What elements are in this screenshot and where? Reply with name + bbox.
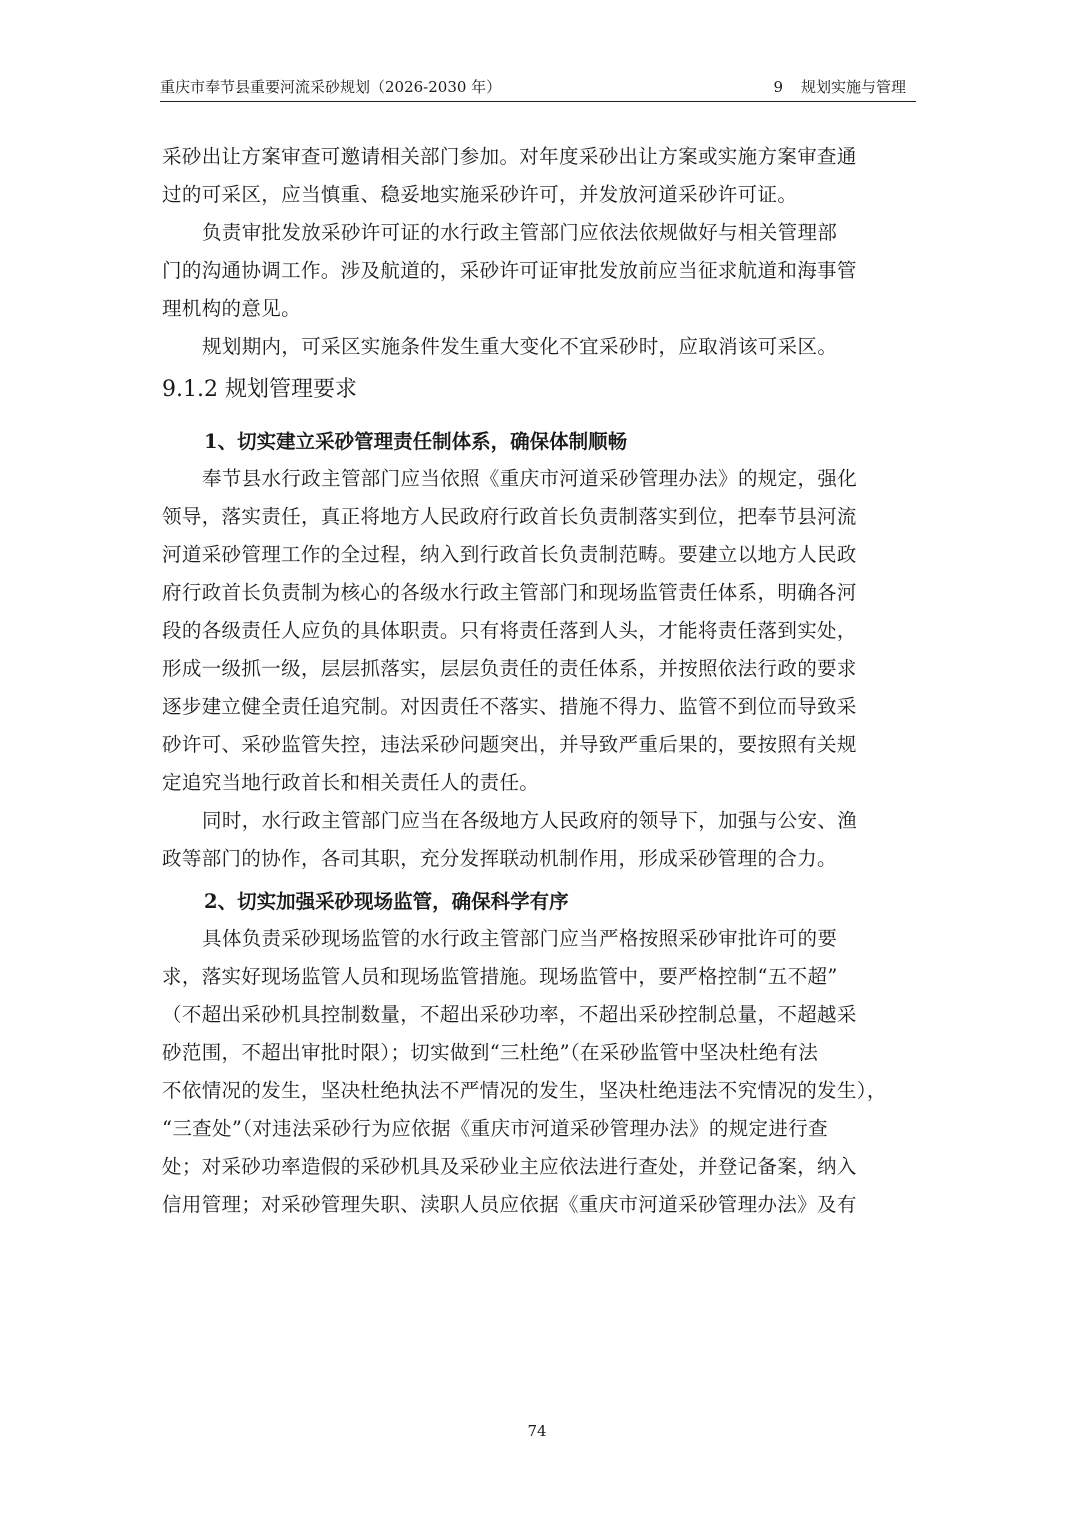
- text-line: 段的各级责任人应负的具体职责。只有将责任落到人头，才能将责任落到实处，: [162, 612, 914, 650]
- text-line: 河道采砂管理工作的全过程，纳入到行政首长负责制范畴。要建立以地方人民政: [162, 536, 914, 574]
- text-line: 府行政首长负责制为核心的各级水行政主管部门和现场监管责任体系，明确各河: [162, 574, 914, 612]
- paragraph-permit-coordination: 负责审批发放采砂许可证的水行政主管部门应依法依规做好与相关管理部 门的沟通协调工…: [162, 214, 914, 328]
- page-header: 重庆市奉节县重要河流采砂规划（2026-2030 年） 9规划实施与管理: [160, 75, 916, 102]
- text-line: 同时，水行政主管部门应当在各级地方人民政府的领导下，加强与公安、渔: [162, 802, 914, 840]
- document-title: 重庆市奉节县重要河流采砂规划（2026-2030 年）: [160, 76, 501, 98]
- text-line: 砂许可、采砂监管失控，违法采砂问题突出，并导致严重后果的，要按照有关规: [162, 726, 914, 764]
- section-title: 9.1.2 规划管理要求: [162, 368, 914, 412]
- text-line: 信用管理；对采砂管理失职、渎职人员应依据《重庆市河道采砂管理办法》及有: [162, 1186, 914, 1224]
- text-line: 规划期内，可采区实施条件发生重大变化不宜采砂时，应取消该可采区。: [162, 328, 914, 366]
- page-body: 采砂出让方案审查可邀请相关部门参加。对年度采砂出让方案或实施方案审查通 过的可采…: [162, 138, 914, 1224]
- text-line: 具体负责采砂现场监管的水行政主管部门应当严格按照采砂审批许可的要: [162, 920, 914, 958]
- text-line: 求，落实好现场监管人员和现场监管措施。现场监管中，要严格控制“五不超”: [162, 958, 914, 996]
- text-line: “三查处”（对违法采砂行为应依据《重庆市河道采砂管理办法》的规定进行查: [162, 1110, 914, 1148]
- text-line: 采砂出让方案审查可邀请相关部门参加。对年度采砂出让方案或实施方案审查通: [162, 138, 914, 176]
- text-line: 过的可采区，应当慎重、稳妥地实施采砂许可，并发放河道采砂许可证。: [162, 176, 914, 214]
- text-line: 定追究当地行政首长和相关责任人的责任。: [162, 764, 914, 802]
- text-line: 形成一级抓一级，层层抓落实，层层负责任的责任体系，并按照依法行政的要求: [162, 650, 914, 688]
- paragraph-approval-review: 采砂出让方案审查可邀请相关部门参加。对年度采砂出让方案或实施方案审查通 过的可采…: [162, 138, 914, 214]
- chapter-title: 规划实施与管理: [801, 78, 906, 96]
- paragraph-onsite-supervision: 具体负责采砂现场监管的水行政主管部门应当严格按照采砂审批许可的要 求，落实好现场…: [162, 920, 914, 1224]
- subheading-responsibility-system: 1、切实建立采砂管理责任制体系，确保体制顺畅: [162, 424, 914, 460]
- paragraph-responsibility: 奉节县水行政主管部门应当依照《重庆市河道采砂管理办法》的规定，强化 领导，落实责…: [162, 460, 914, 802]
- text-line: 政等部门的协作，各司其职，充分发挥联动机制作用，形成采砂管理的合力。: [162, 840, 914, 878]
- text-line: （不超出采砂机具控制数量，不超出采砂功率，不超出采砂控制总量，不超越采: [162, 996, 914, 1034]
- text-line: 奉节县水行政主管部门应当依照《重庆市河道采砂管理办法》的规定，强化: [162, 460, 914, 498]
- text-line: 领导，落实责任，真正将地方人民政府行政首长负责制落实到位，把奉节县河流: [162, 498, 914, 536]
- text-line: 理机构的意见。: [162, 290, 914, 328]
- text-line: 不依情况的发生，坚决杜绝执法不严情况的发生，坚决杜绝违法不究情况的发生），: [162, 1072, 914, 1110]
- paragraph-cancel-area: 规划期内，可采区实施条件发生重大变化不宜采砂时，应取消该可采区。: [162, 328, 914, 366]
- paragraph-cooperation: 同时，水行政主管部门应当在各级地方人民政府的领导下，加强与公安、渔 政等部门的协…: [162, 802, 914, 878]
- text-line: 砂范围，不超出审批时限）；切实做到“三杜绝”（在采砂监管中坚决杜绝有法: [162, 1034, 914, 1072]
- text-line: 逐步建立健全责任追究制。对因责任不落实、措施不得力、监管不到位而导致采: [162, 688, 914, 726]
- text-line: 负责审批发放采砂许可证的水行政主管部门应依法依规做好与相关管理部: [162, 214, 914, 252]
- text-line: 门的沟通协调工作。涉及航道的，采砂许可证审批发放前应当征求航道和海事管: [162, 252, 914, 290]
- text-line: 处；对采砂功率造假的采砂机具及采砂业主应依法进行查处，并登记备案，纳入: [162, 1148, 914, 1186]
- page-number: 74: [0, 1422, 1074, 1440]
- subheading-onsite-supervision: 2、切实加强采砂现场监管，确保科学有序: [162, 884, 914, 920]
- chapter-heading: 9规划实施与管理: [773, 76, 906, 98]
- chapter-number: 9: [773, 78, 783, 96]
